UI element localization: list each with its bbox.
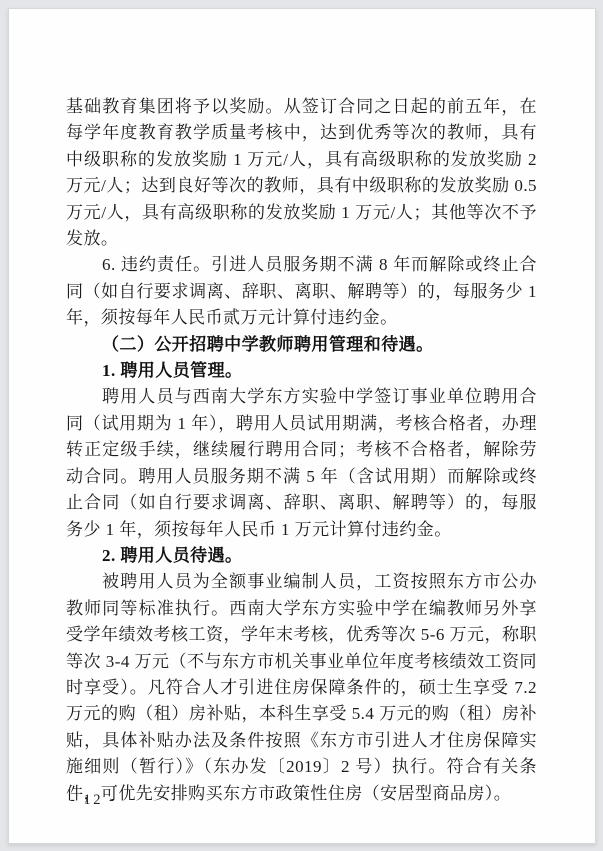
body-paragraph: 6. 违约责任。引进人员服务期不满 8 年而解除或终止合同（如自行要求调离、辞职… [66, 252, 537, 331]
document-canvas: 基础教育集团将予以奖励。从签订合同之日起的前五年，在每学年度教育教学质量考核中，… [0, 0, 603, 851]
document-page: 基础教育集团将予以奖励。从签订合同之日起的前五年，在每学年度教育教学质量考核中，… [8, 8, 596, 844]
section-heading: （二）公开招聘中学教师聘用管理和待遇。 [66, 332, 537, 358]
body-paragraph: 被聘用人员为全额事业编制人员，工资按照东方市公办教师同等标准执行。西南大学东方实… [66, 569, 537, 807]
body-paragraph: 基础教育集团将予以奖励。从签订合同之日起的前五年，在每学年度教育教学质量考核中，… [66, 94, 537, 252]
page-content: 基础教育集团将予以奖励。从签订合同之日起的前五年，在每学年度教育教学质量考核中，… [66, 94, 537, 807]
section-heading: 2. 聘用人员待遇。 [66, 543, 537, 569]
section-heading: 1. 聘用人员管理。 [66, 358, 537, 384]
body-paragraph: 聘用人员与西南大学东方实验中学签订事业单位聘用合同（试用期为 1 年），聘用人员… [66, 384, 537, 542]
page-number: - 12 - [70, 792, 116, 809]
